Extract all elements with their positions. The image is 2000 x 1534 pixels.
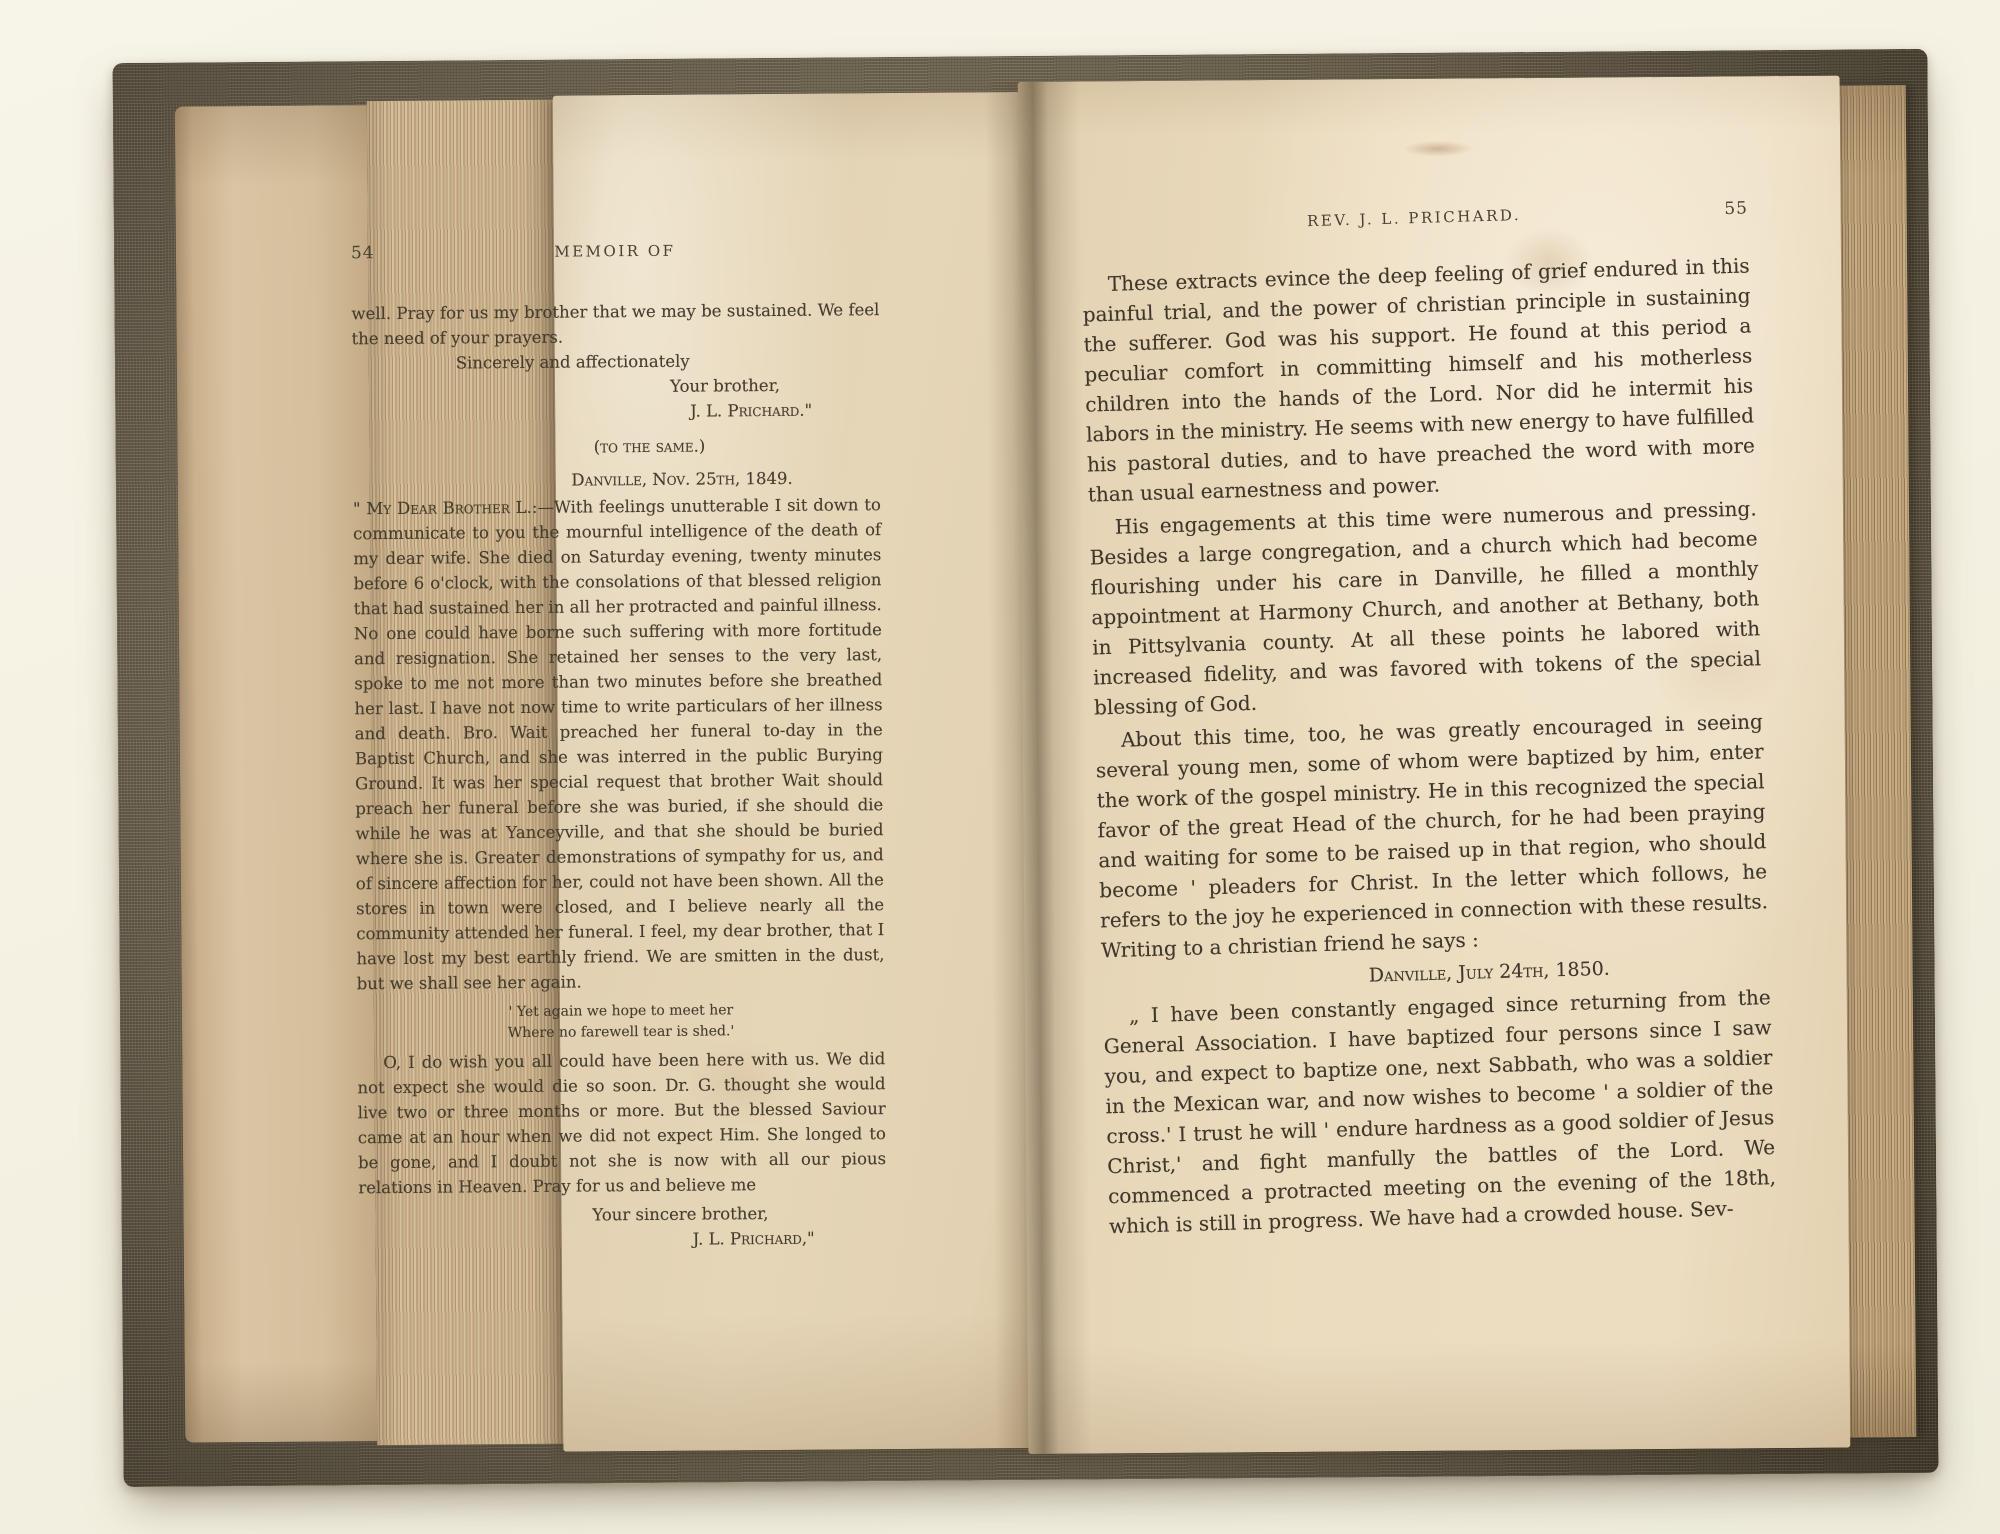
body-paragraph: His engagements at this time were numero… [1088,493,1762,722]
letter-text: —With feelings unutterable I sit down to… [353,495,884,993]
letter-signature-name: J. L. Prichard," [359,1225,887,1254]
letter-body-paragraph: " My Dear Brother L.:—With feelings unut… [353,492,885,996]
verse-line: Where no farewell tear is shed.' [357,1020,885,1045]
left-running-head-row: 54 MEMOIR OF [351,239,879,263]
right-page-text: REV. J. L. PRICHARD. 55 These extracts e… [1080,198,1777,1241]
letter-salutation: " My Dear Brother L.: [353,498,538,518]
left-page-text: 54 MEMOIR OF well. Pray for us my brothe… [351,239,887,1254]
left-running-header: MEMOIR OF [421,241,809,262]
header-spacer [1080,231,1150,233]
letter-signature-name: J. L. Prichard." [352,397,880,426]
left-page-number: 54 [351,243,421,264]
body-paragraph: O, I do wish you all could have been her… [357,1046,886,1200]
letter-body-paragraph: „ I have been constantly engaged since r… [1103,982,1778,1241]
verse-quote: ' Yet again we hope to meet her Where no… [357,999,885,1045]
gutter-shadow [985,82,1092,1455]
letter-dateline: Danville, Nov. 25th, 1849. [353,465,881,494]
header-spacer [809,254,879,255]
right-page-number: 55 [1678,198,1749,220]
paragraph-continuation: well. Pray for us my brother that we may… [351,297,879,351]
section-heading: (to the same.) [352,432,880,461]
body-paragraph: These extracts evince the deep feeling o… [1081,250,1756,509]
left-page-edge-stack [175,105,377,1442]
open-book: 54 MEMOIR OF well. Pray for us my brothe… [112,49,1938,1487]
body-paragraph: About this time, too, he was greatly enc… [1095,706,1770,965]
